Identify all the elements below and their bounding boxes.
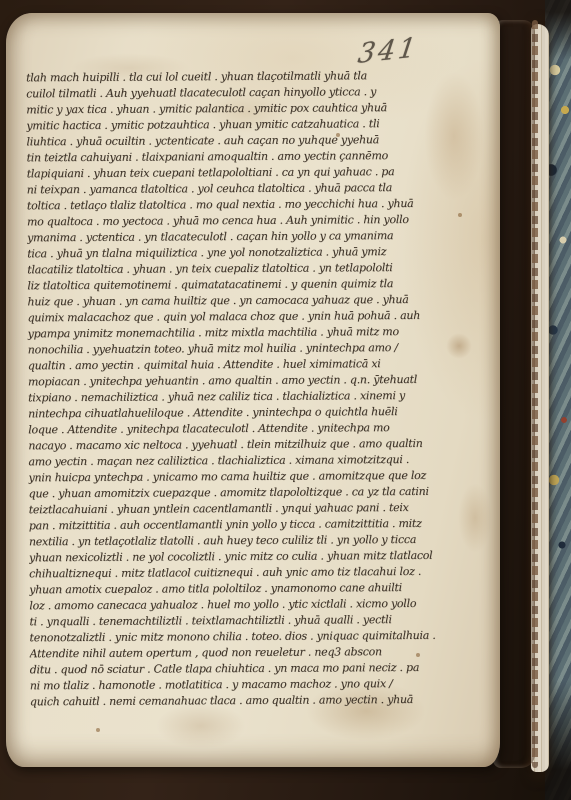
folio-number: 341	[356, 31, 430, 70]
text-line: tlapiquiani . yhuan teix cuepani tetlapo…	[27, 164, 457, 183]
text-line: ditu . quod nō sciatur . Catle tlapa chi…	[30, 660, 460, 679]
text-line: loz . amomo canecaca yahualoz . huel mo …	[29, 596, 459, 615]
stain	[96, 728, 100, 732]
manuscript-text-block: tlah mach huipilli . tla cui lol cueitl …	[26, 68, 460, 711]
text-line: nintechpa cihuatlahueliloque . Attendite…	[28, 404, 458, 423]
text-line: nonochilia . yyehuatzin toteo. yhuā mitz…	[28, 340, 458, 359]
text-line: ymanima . yctentica . yn tlacateculotl .…	[27, 228, 457, 247]
stain	[458, 213, 462, 217]
manuscript-page: 341 tlah mach huipilli . tla cui lol cue…	[6, 13, 500, 767]
text-line: quich cahuitl . nemi cemanahuac tlaca . …	[30, 692, 460, 711]
stain	[458, 483, 492, 553]
text-line: tenonotzaliztli . ynic mitz monono chili…	[29, 628, 459, 647]
stain	[156, 703, 246, 749]
